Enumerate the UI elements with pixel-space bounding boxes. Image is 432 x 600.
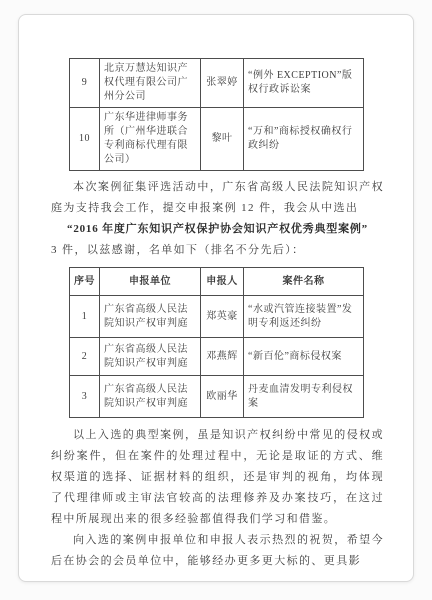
paragraph-intro: 本次案例征集评选活动中，广东省高级人民法院知识产权庭为支持我会工作，提交申报案例…: [51, 177, 384, 219]
applicant-person-cell: 郑英豪: [201, 296, 244, 338]
row-number-cell: 1: [70, 296, 100, 338]
row-number-cell: 10: [70, 108, 100, 171]
applicant-person-cell: 欧丽华: [201, 376, 244, 418]
document-content: 9 北京万慧达知识产权代理有限公司广州分公司 张翠婷 “例外 EXCEPTION…: [19, 15, 413, 572]
case-name-cell: “水或汽管连接装置”发明专利返还纠纷: [244, 296, 364, 338]
table-row: 9 北京万慧达知识产权代理有限公司广州分公司 张翠婷 “例外 EXCEPTION…: [70, 59, 364, 108]
paragraph-comment: 以上入选的典型案例，虽是知识产权纠纷中常见的侵权或纠纷案件，但在案件的处理过程中…: [51, 425, 384, 530]
applicant-unit-cell: 广东省高级人民法院知识产权审判庭: [100, 338, 201, 376]
row-number-cell: 2: [70, 338, 100, 376]
table-header-row: 序号 申报单位 申报人 案件名称: [70, 268, 364, 296]
applicant-person-cell: 邓燕辉: [201, 338, 244, 376]
case-name-cell: 丹麦血清发明专利侵权案: [244, 376, 364, 418]
applicant-person-cell: 黎叶: [201, 108, 244, 171]
case-name-cell: “新百伦”商标侵权案: [244, 338, 364, 376]
selected-cases-table: 序号 申报单位 申报人 案件名称 1 广东省高级人民法院知识产权审判庭 郑英豪 …: [69, 267, 364, 418]
document-page: 9 北京万慧达知识产权代理有限公司广州分公司 张翠婷 “例外 EXCEPTION…: [18, 14, 414, 582]
header-unit: 申报单位: [100, 268, 201, 296]
applicant-unit-cell: 北京万慧达知识产权代理有限公司广州分公司: [100, 59, 201, 108]
applicant-unit-cell: 广东省高级人民法院知识产权审判庭: [100, 296, 201, 338]
case-list-table-continued: 9 北京万慧达知识产权代理有限公司广州分公司 张翠婷 “例外 EXCEPTION…: [69, 58, 364, 171]
table-row: 1 广东省高级人民法院知识产权审判庭 郑英豪 “水或汽管连接装置”发明专利返还纠…: [70, 296, 364, 338]
header-person: 申报人: [201, 268, 244, 296]
case-name-cell: “万和”商标授权确权行政纠纷: [244, 108, 364, 171]
header-number: 序号: [70, 268, 100, 296]
applicant-unit-cell: 广东省高级人民法院知识产权审判庭: [100, 376, 201, 418]
applicant-unit-cell: 广东华进律师事务所（广州华进联合专利商标代理有限公司）: [100, 108, 201, 171]
row-number-cell: 9: [70, 59, 100, 108]
award-title: “2016 年度广东知识产权保护协会知识产权优秀典型案例”: [51, 219, 384, 240]
table-row: 2 广东省高级人民法院知识产权审判庭 邓燕辉 “新百伦”商标侵权案: [70, 338, 364, 376]
case-name-cell: “例外 EXCEPTION”版权行政诉讼案: [244, 59, 364, 108]
paragraph-congrats: 向入选的案例申报单位和申报人表示热烈的祝贺，希望今后在协会的会员单位中，能够经办…: [51, 530, 384, 572]
applicant-person-cell: 张翠婷: [201, 59, 244, 108]
row-number-cell: 3: [70, 376, 100, 418]
table-row: 3 广东省高级人民法院知识产权审判庭 欧丽华 丹麦血清发明专利侵权案: [70, 376, 364, 418]
header-case: 案件名称: [244, 268, 364, 296]
paragraph-count: 3 件，以兹感谢，名单如下（排名不分先后）：: [51, 240, 384, 261]
table-row: 10 广东华进律师事务所（广州华进联合专利商标代理有限公司） 黎叶 “万和”商标…: [70, 108, 364, 171]
